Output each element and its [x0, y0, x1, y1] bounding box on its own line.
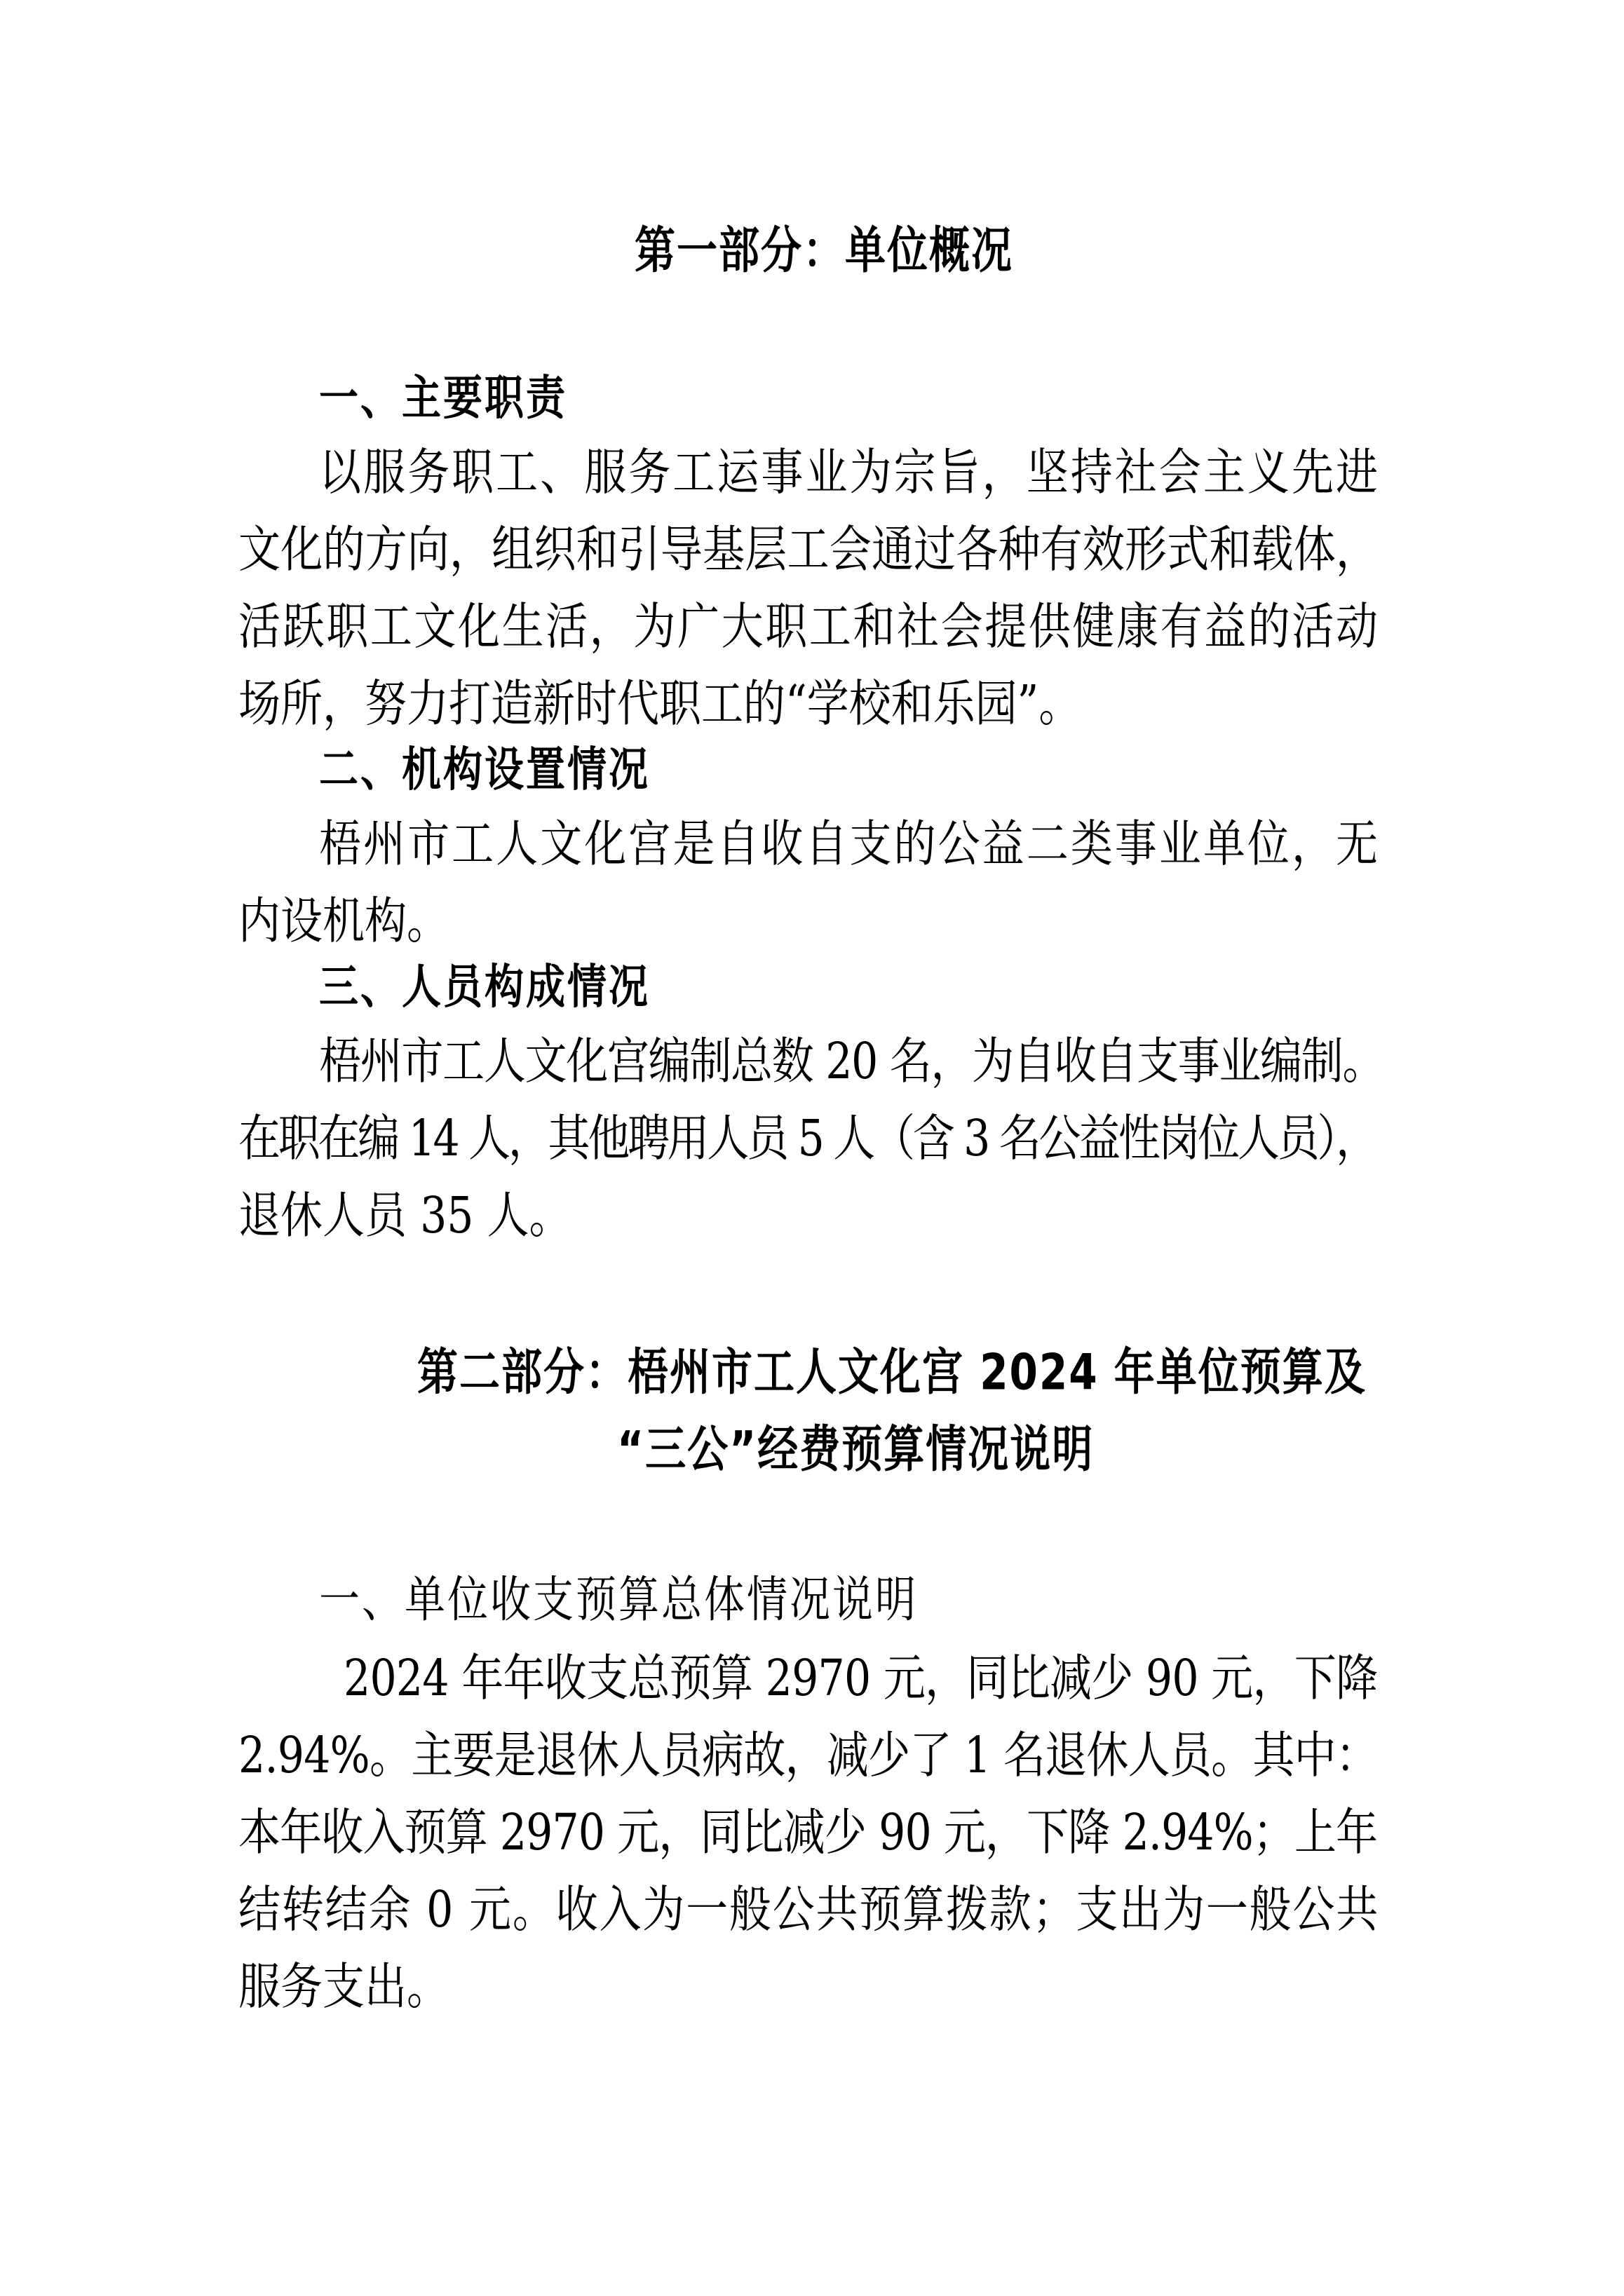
- paragraph-line: 梧州市工人文化宫编制总数 20 名，为自收自支事业编制。: [319, 1022, 1383, 1093]
- paragraph-line: 内设机构。: [238, 882, 449, 953]
- paragraph-line: 场所，努力打造新时代职工的“学校和乐园”。: [238, 665, 1081, 735]
- section-heading-staffing: 三、人员构成情况: [319, 950, 650, 1017]
- paragraph-line: 本年收入预算 2970 元，同比减少 90 元，下降 2.94%；上年: [238, 1793, 1377, 1864]
- paragraph-line: 结转结余 0 元。收入为一般公共预算拨款；支出为一般公共: [238, 1870, 1379, 1941]
- paragraph-line: 以服务职工、服务工运事业为宗旨，坚持社会主义先进: [319, 433, 1380, 504]
- paragraph-line: 在职在编 14 人，其他聘用人员 5 人（含 3 名公益性岗位人员），: [238, 1099, 1376, 1170]
- section-heading-main-duties: 一、主要职责: [319, 361, 567, 428]
- paragraph-line: 2024 年年收支总预算 2970 元，同比减少 90 元，下降: [344, 1639, 1377, 1710]
- part1-title: 第一部分：单位概况: [635, 210, 1013, 282]
- part2-title-line1: 第二部分：梧州市工人文化宫 2024 年单位预算及: [417, 1332, 1367, 1404]
- paragraph-line: 文化的方向，组织和引导基层工会通过各种有效形式和载体，: [238, 510, 1378, 581]
- paragraph-line: 退休人员 35 人。: [238, 1176, 571, 1247]
- paragraph-line: 梧州市工人文化宫是自收自支的公益二类事业单位，无: [319, 805, 1380, 876]
- paragraph-line: 服务支出。: [238, 1948, 449, 2018]
- paragraph-line: 2.94%。主要是退休人员病故，减少了 1 名退休人员。其中：: [238, 1716, 1377, 1787]
- section-heading-org-structure: 二、机构设置情况: [319, 733, 650, 800]
- part2-title-line2: “三公”经费预算情况说明: [617, 1409, 1094, 1481]
- paragraph-line: 活跃职工文化生活，为广大职工和社会提供健康有益的活动: [238, 587, 1380, 658]
- section-heading-budget-overview: 一、单位收支预算总体情况说明: [319, 1560, 918, 1631]
- document-page: 第一部分：单位概况 一、主要职责 以服务职工、服务工运事业为宗旨，坚持社会主义先…: [0, 0, 1624, 2296]
